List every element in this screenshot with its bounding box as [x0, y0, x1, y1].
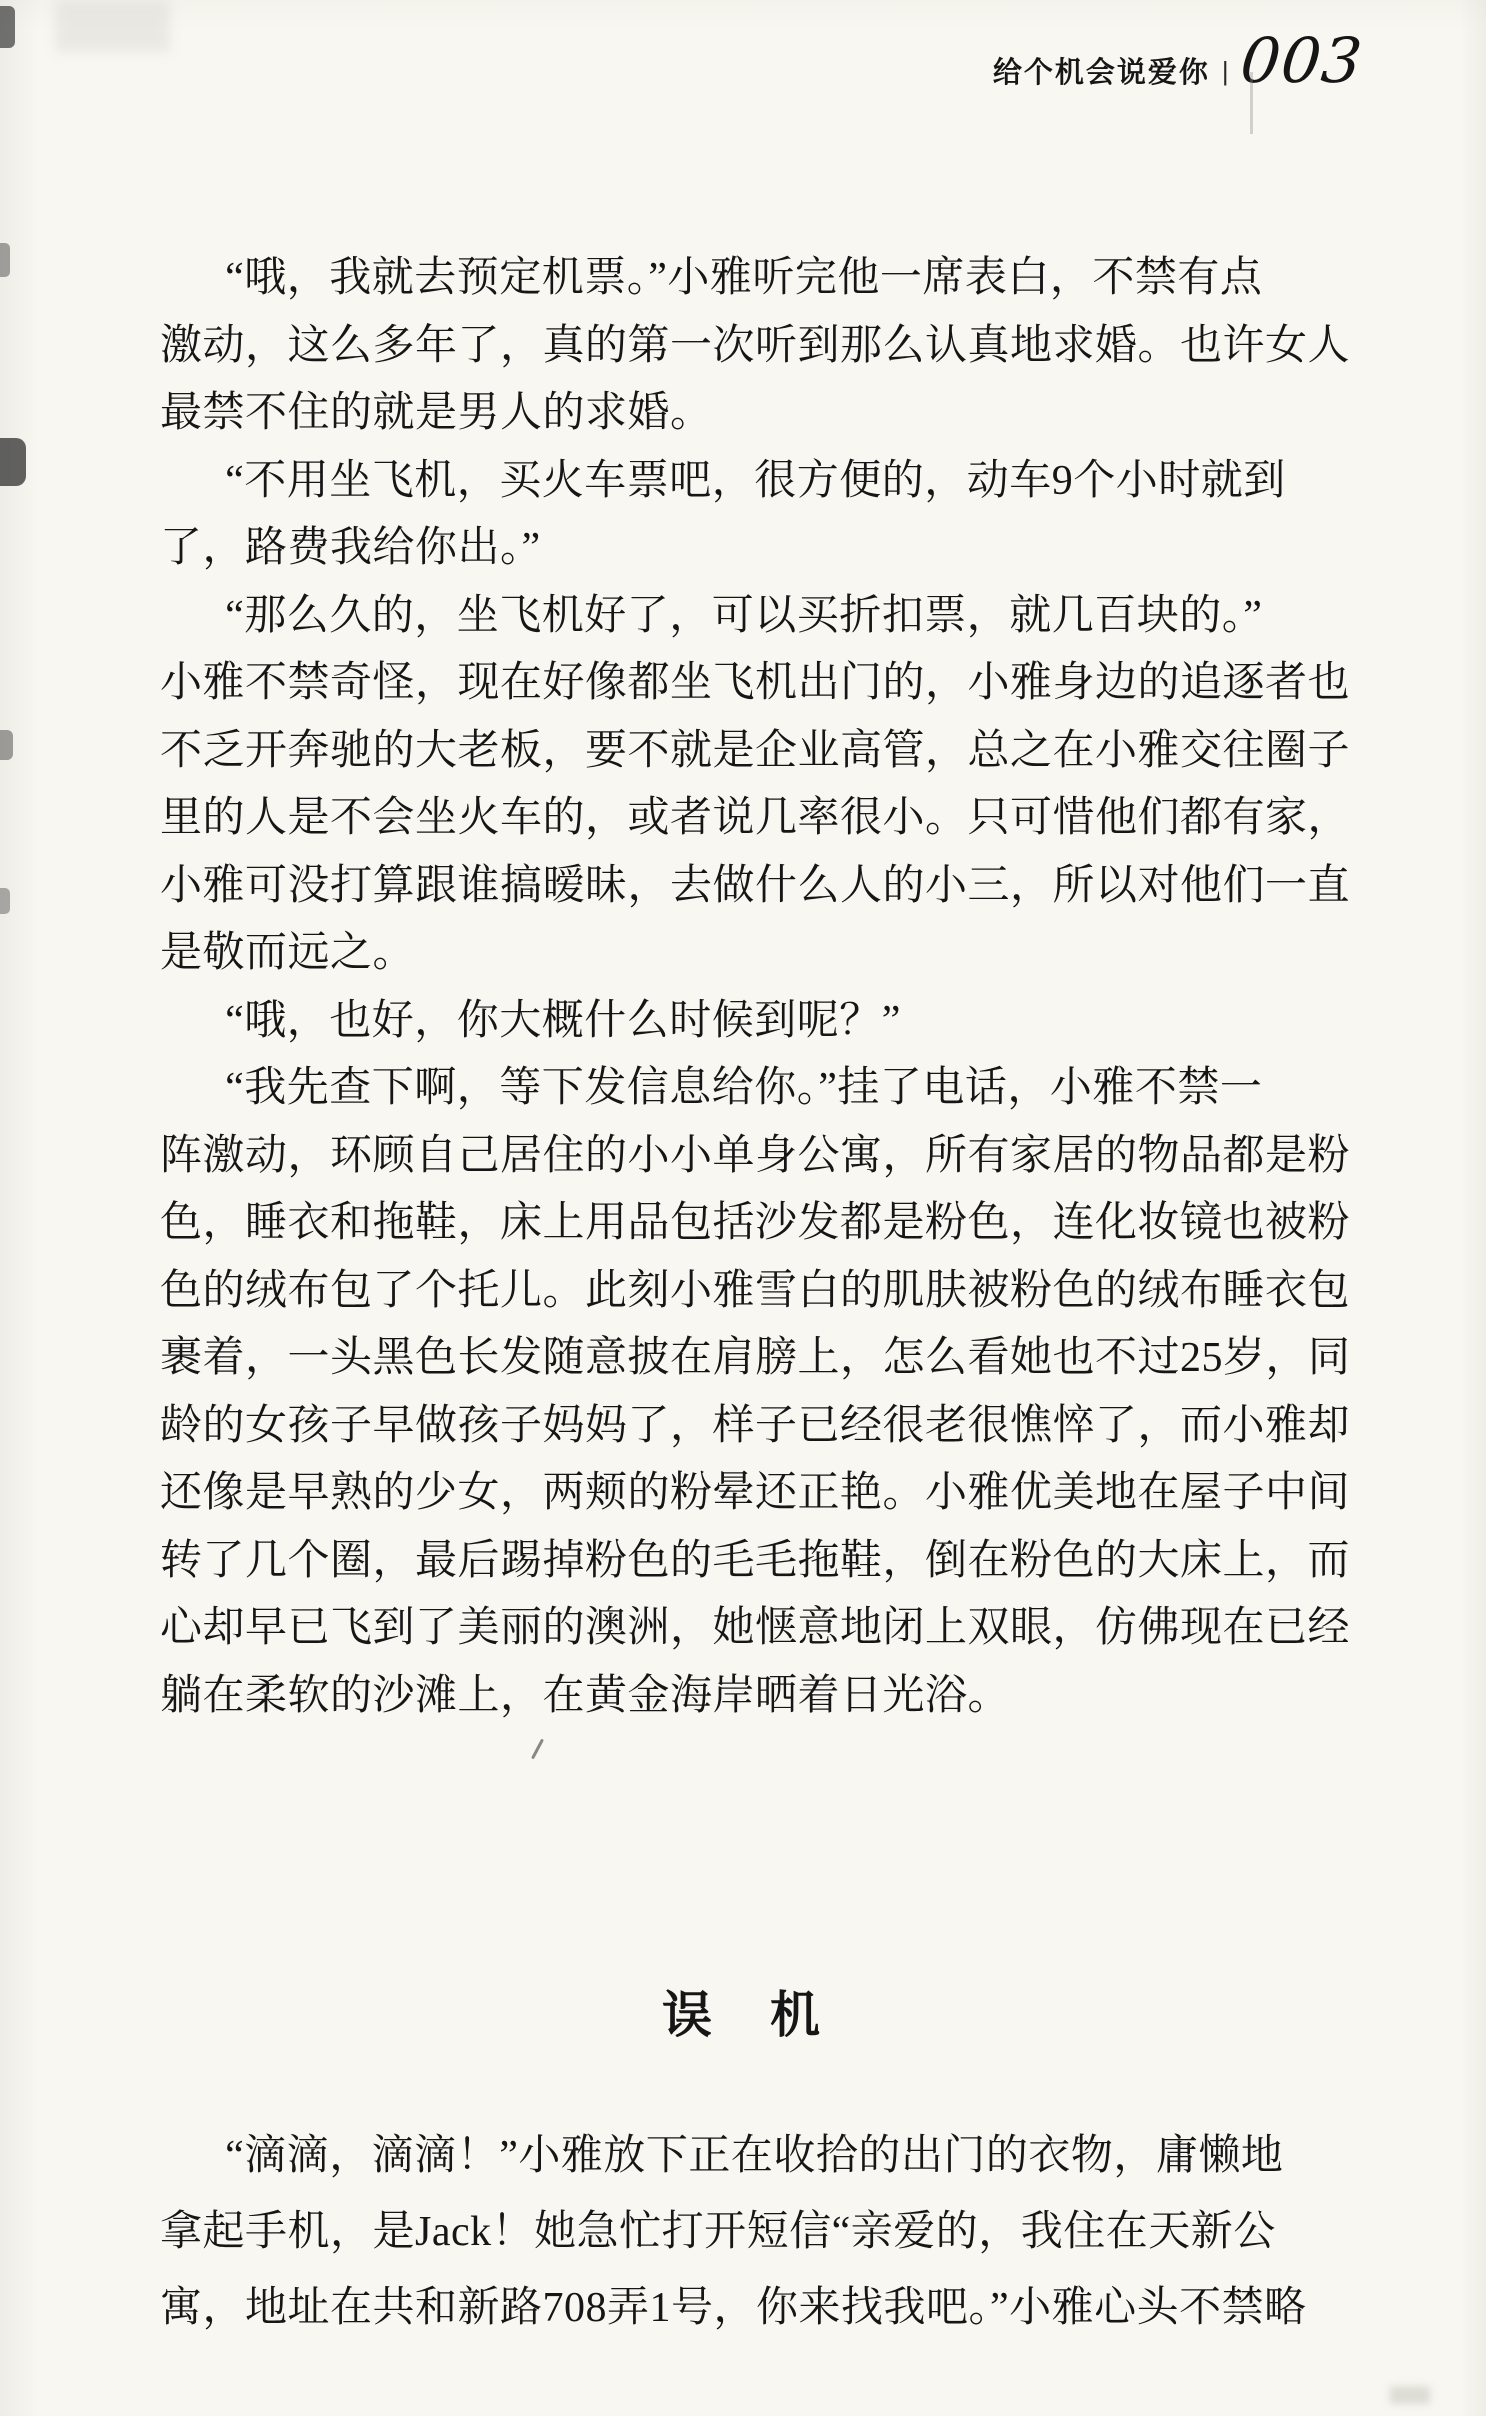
text-line: 色的绒布包了个托儿。此刻小雅雪白的肌肤被粉色的绒布睡衣包: [160, 1258, 1356, 1326]
page-number: 003: [1237, 30, 1365, 92]
text-line: 拿起手机，是Jack！她急忙打开短信“亲爱的，我住在天新公: [160, 2194, 1356, 2270]
text-line: 了，路费我给你出。”: [160, 515, 1356, 583]
running-head-book-title: 给个机会说爱你: [993, 50, 1210, 91]
section-title: 误 机: [0, 1975, 1486, 2047]
text-line: 转了几个圈，最后踢掉粉色的毛毛拖鞋，倒在粉色的大床上，而: [160, 1528, 1356, 1596]
text-line: 里的人是不会坐火车的，或者说几率很小。只可惜他们都有家，: [160, 785, 1356, 853]
scan-smudge-bottom-right: [1390, 2386, 1430, 2404]
text-line: 最禁不住的就是男人的求婚。: [160, 380, 1356, 448]
main-text-block: “哦，我就去预定机票。”小雅听完他一席表白，不禁有点激动，这么多年了，真的第一次…: [160, 245, 1356, 1730]
scan-edge-mark: [0, 6, 15, 48]
text-line: 色，睡衣和拖鞋，床上用品包括沙发都是粉色，连化妆镜也被粉: [160, 1190, 1356, 1258]
running-head-separator: |: [1222, 56, 1229, 87]
text-line: 小雅不禁奇怪，现在好像都坐飞机出门的，小雅身边的追逐者也: [160, 650, 1356, 718]
text-line: 还像是早熟的少女，两颊的粉晕还正艳。小雅优美地在屋子中间: [160, 1460, 1356, 1528]
text-line: “哦，我就去预定机票。”小雅听完他一席表白，不禁有点: [160, 245, 1356, 313]
text-line: 是敬而远之。: [160, 920, 1356, 988]
text-line: 心却早已飞到了美丽的澳洲，她惬意地闭上双眼，仿佛现在已经: [160, 1595, 1356, 1663]
text-line: “滴滴，滴滴！”小雅放下正在收拾的出门的衣物，庸懒地: [160, 2118, 1356, 2194]
text-line: “哦，也好，你大概什么时候到呢？”: [160, 988, 1356, 1056]
text-line: 裹着，一头黑色长发随意披在肩膀上，怎么看她也不过25岁，同: [160, 1325, 1356, 1393]
section-text-block: “滴滴，滴滴！”小雅放下正在收拾的出门的衣物，庸懒地拿起手机，是Jack！她急忙…: [160, 2118, 1356, 2346]
text-line: 龄的女孩子早做孩子妈妈了，样子已经很老很憔悴了，而小雅却: [160, 1393, 1356, 1461]
text-line: 躺在柔软的沙滩上，在黄金海岸晒着日光浴。: [160, 1663, 1356, 1731]
scan-edge-mark: [0, 888, 10, 914]
text-line: 激动，这么多年了，真的第一次听到那么认真地求婚。也许女人: [160, 313, 1356, 381]
scan-smudge-top-left: [55, 0, 170, 52]
scan-edge-mark: [0, 730, 13, 760]
text-line: 小雅可没打算跟谁搞暧昧，去做什么人的小三，所以对他们一直: [160, 853, 1356, 921]
text-line: 寓，地址在共和新路708弄1号，你来找我吧。”小雅心头不禁略: [160, 2270, 1356, 2346]
text-line: “那么久的，坐飞机好了，可以买折扣票，就几百块的。”: [160, 583, 1356, 651]
text-line: 不乏开奔驰的大老板，要不就是企业高管，总之在小雅交往圈子: [160, 718, 1356, 786]
text-line: 阵激动，环顾自己居住的小小单身公寓，所有家居的物品都是粉: [160, 1123, 1356, 1191]
text-line: “我先查下啊，等下发信息给你。”挂了电话，小雅不禁一: [160, 1055, 1356, 1123]
scan-edge-mark: [0, 243, 10, 277]
scan-edge-mark: [0, 438, 26, 486]
text-line: “不用坐飞机，买火车票吧，很方便的，动车9个小时就到: [160, 448, 1356, 516]
scan-stray-mark: [531, 1739, 544, 1760]
book-page-scan: 给个机会说爱你 | 003 “哦，我就去预定机票。”小雅听完他一席表白，不禁有点…: [0, 0, 1486, 2416]
running-head: 给个机会说爱你 | 003: [993, 30, 1362, 92]
